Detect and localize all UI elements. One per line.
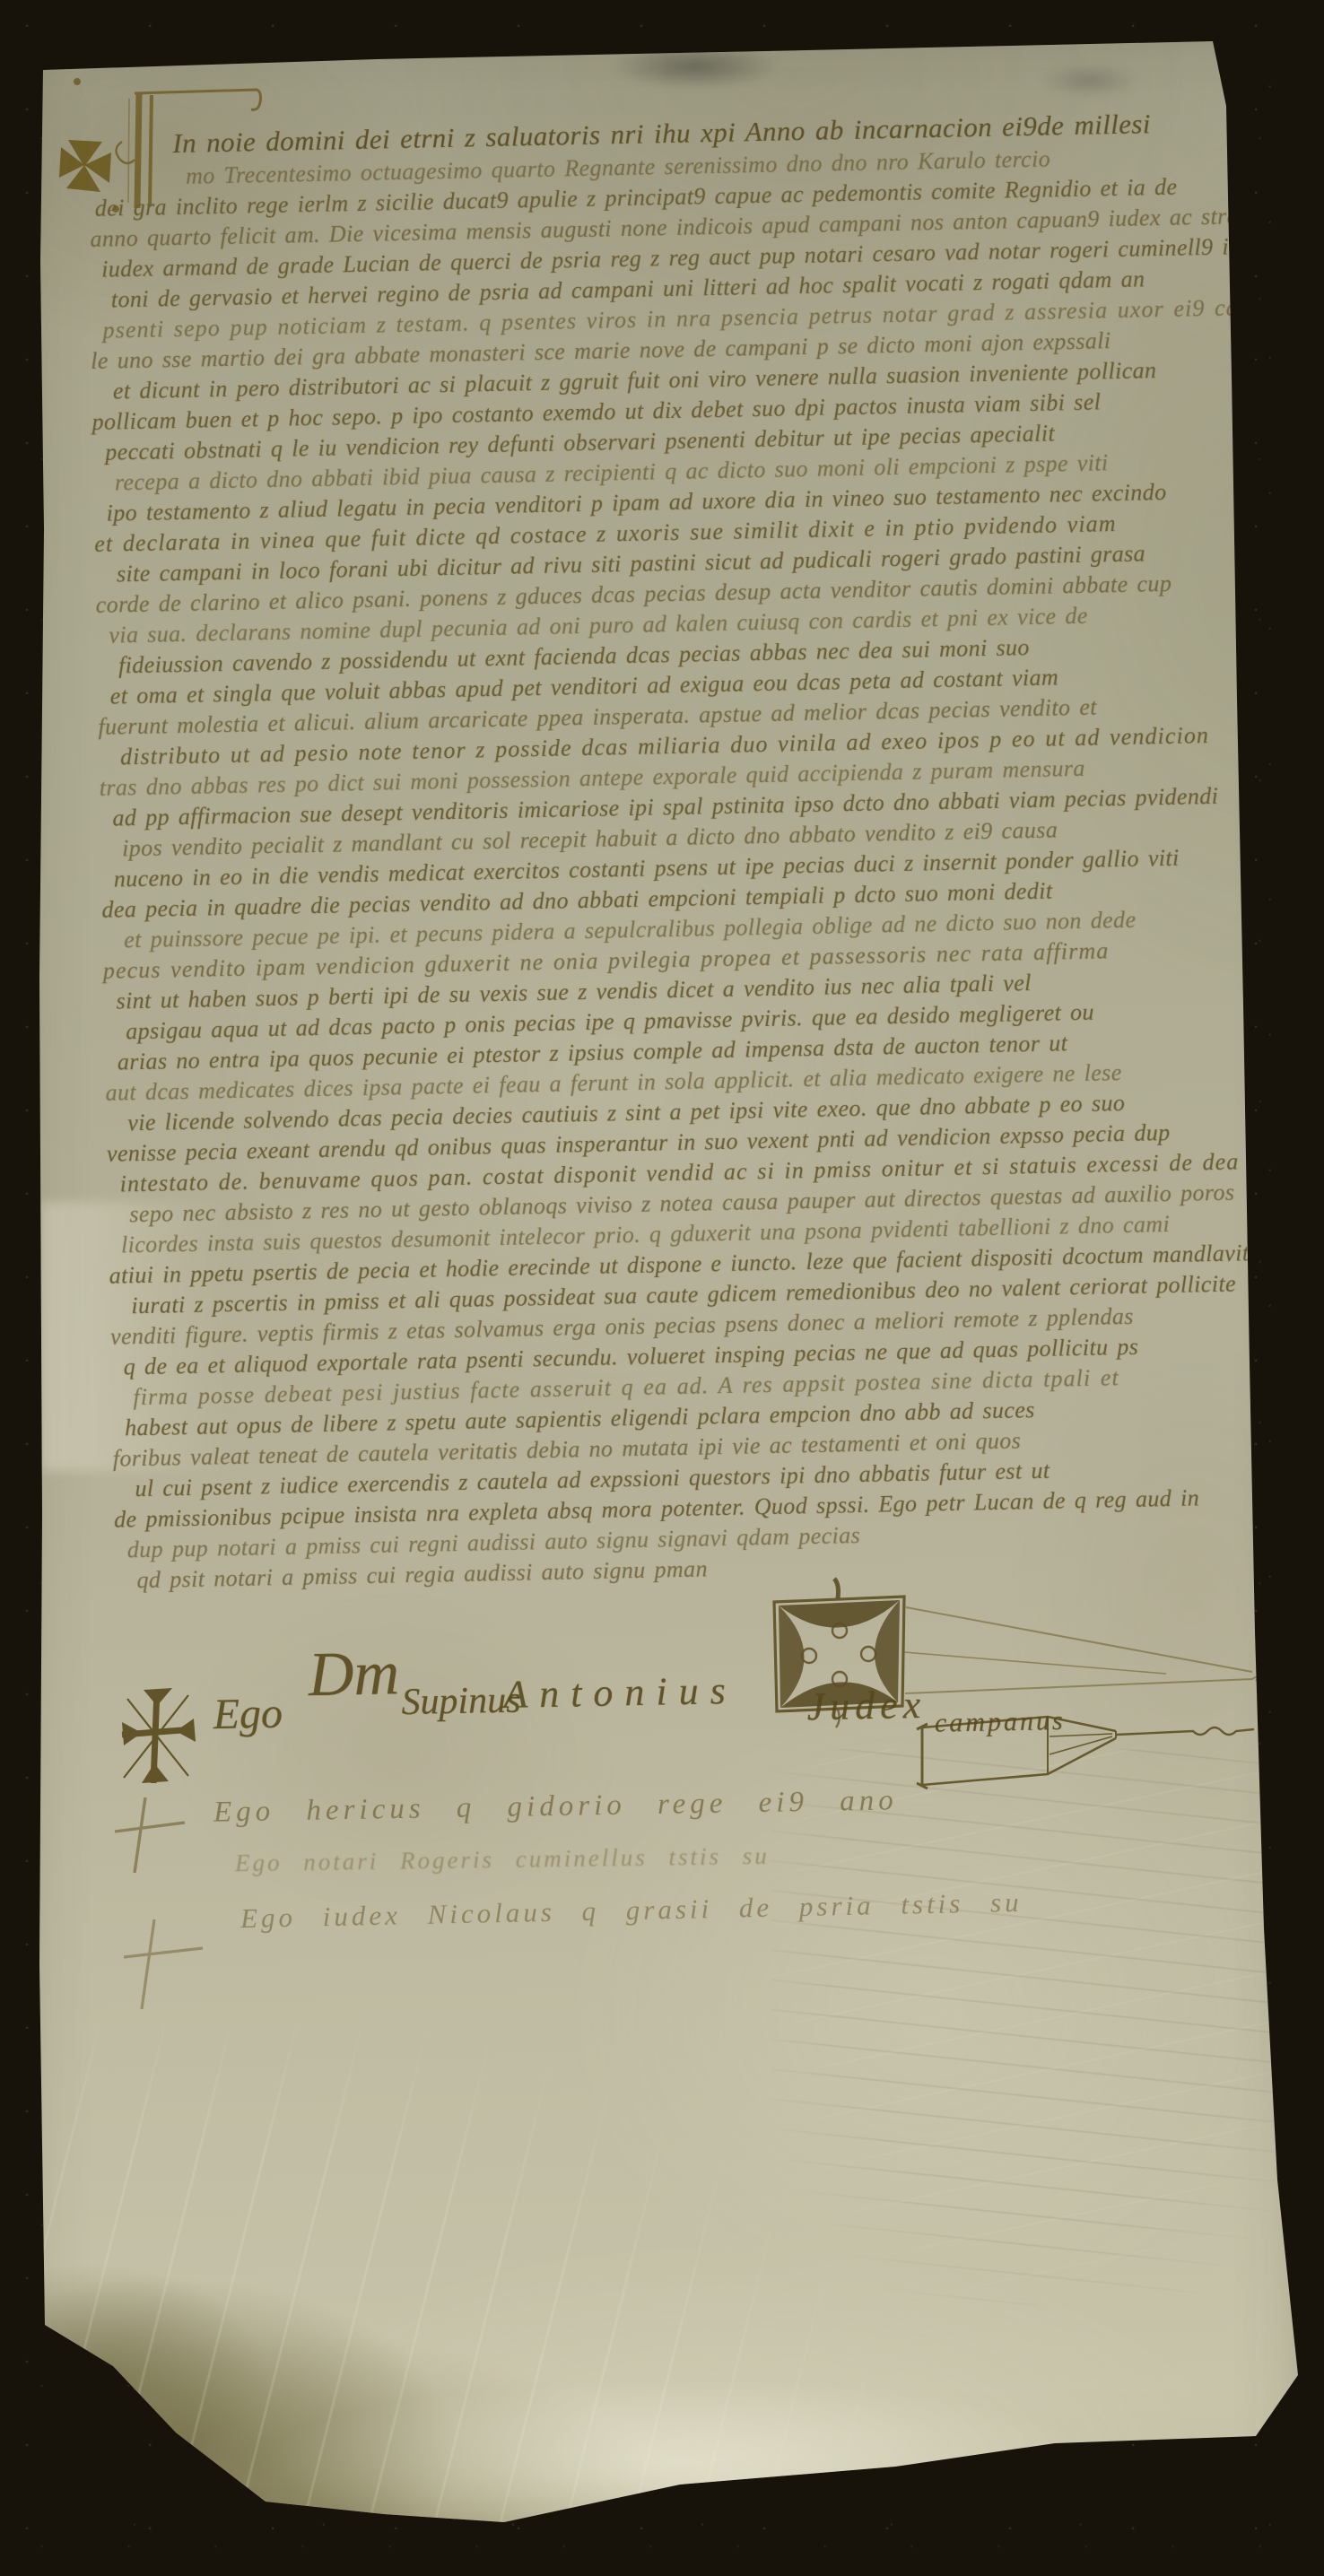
witness-cross-1-icon xyxy=(115,1797,185,1873)
crease-streaks xyxy=(0,2027,879,2576)
witness-signature-2: Ego iudex Nicolaus q grasii de psria tst… xyxy=(240,1886,1023,1935)
bottom-sheen xyxy=(126,2332,1238,2547)
notary-signature: Ego notari Rogeris cuminellus tstis su xyxy=(235,1842,770,1877)
witness-cross-2-icon xyxy=(124,1919,203,2009)
parchment-sheet: In noie domini dei etrni z saluatoris nr… xyxy=(0,0,1324,2576)
witness-signature-1: Ego hericus q gidorio rege ei9 ano xyxy=(213,1784,898,1829)
photo-background: In noie domini dei etrni z saluatoris nr… xyxy=(0,0,1324,2576)
signature-word-ego: Ego xyxy=(213,1689,283,1739)
signature-cross-icon xyxy=(122,1688,196,1783)
signature-word-pennant: campanus xyxy=(935,1706,1066,1739)
bottom-left-stain xyxy=(0,2135,771,2576)
manuscript-text: In noie domini dei etrni z saluatoris nr… xyxy=(86,104,1264,1596)
signature-word-flourish: Dm xyxy=(308,1638,400,1711)
top-right-smudge xyxy=(1041,63,1139,99)
top-ink-smudge xyxy=(610,43,780,90)
signature-word-surname: Antonius xyxy=(503,1667,737,1718)
flourish-rays xyxy=(904,1607,1258,1693)
signature-word-title: Judex xyxy=(806,1682,927,1730)
scratch-streaks xyxy=(771,1749,1274,2305)
